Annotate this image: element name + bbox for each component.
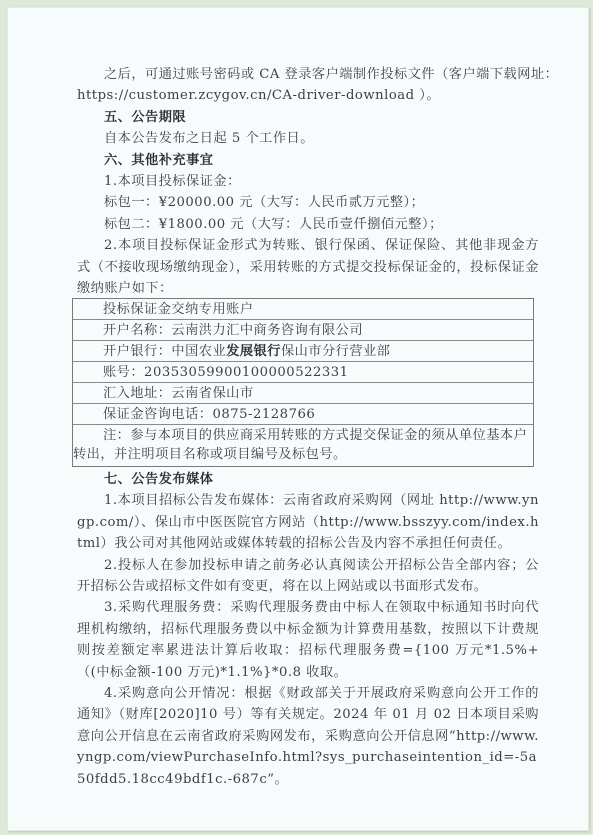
media-item-1: 1.本项目招标公告发布媒体：云南省政府采购网（网址 http://www.yng… (77, 490, 539, 554)
bank-bold: 发展银行 (226, 344, 281, 359)
deposit-package-1: 标包一：¥20000.00 元（大写：人民币贰万元整）； (77, 192, 539, 213)
table-title-row: 投标保证金交纳专用账户 (73, 299, 533, 320)
media-item-3: 3.采购代理服务费：采购代理服务费由中标人在领取中标通知书时向代理机构缴纳，招标… (77, 597, 539, 683)
phone-row: 保证金咨询电话：0875-2128766 (73, 404, 533, 425)
section-5-title: 五、公告期限 (77, 107, 539, 128)
deposit-account-table: 投标保证金交纳专用账户 开户名称：云南洪力汇中商务咨询有限公司 开户银行：中国农… (72, 298, 534, 467)
document-body-lower: 七、公告发布媒体 1.本项目招标公告发布媒体：云南省政府采购网（网址 http:… (77, 469, 539, 790)
deposit-item-1: 1.本项目投标保证金： (77, 171, 539, 192)
bank-prefix: 开户银行：中国农业 (103, 344, 226, 359)
deposit-item-2: 2.本项目投标保证金形式为转账、银行保函、保证保险、其他非现金方式（不接收现场缴… (77, 235, 539, 299)
section-7-title: 七、公告发布媒体 (77, 469, 539, 490)
account-number-row: 账号：20353059900100000522331 (73, 362, 533, 383)
account-name-row: 开户名称：云南洪力汇中商务咨询有限公司 (73, 320, 533, 341)
remit-address-row: 汇入地址：云南省保山市 (73, 383, 533, 404)
media-item-4: 4.采购意向公开情况：根据《财政部关于开展政府采购意向公开工作的通知》（财库[2… (77, 683, 539, 790)
deposit-package-2: 标包二：¥1800.00 元（大写：人民币壹仟捌佰元整）； (77, 214, 539, 235)
intro-line-1: 之后，可通过账号密码或 CA 登录客户端制作投标文件（客户端下载网址： (77, 64, 539, 85)
document-body: 之后，可通过账号密码或 CA 登录客户端制作投标文件（客户端下载网址： http… (77, 64, 539, 299)
note-row: 注：参与本项目的供应商采用转账的方式提交保证金的须从单位基本户转出，并注明项目名… (73, 425, 533, 466)
intro-line-2: https://customer.zcygov.cn/CA-driver-dow… (77, 85, 539, 106)
media-item-2: 2.投标人在参加投标申请之前务必认真阅读公开招标公告全部内容；公开招标公告或招标… (77, 555, 539, 598)
section-6-title: 六、其他补充事宜 (77, 150, 539, 171)
bank-row: 开户银行：中国农业发展银行保山市分行营业部 (73, 341, 533, 362)
section-5-text: 自本公告发布之日起 5 个工作日。 (77, 128, 539, 149)
bank-suffix: 保山市分行营业部 (281, 344, 391, 359)
